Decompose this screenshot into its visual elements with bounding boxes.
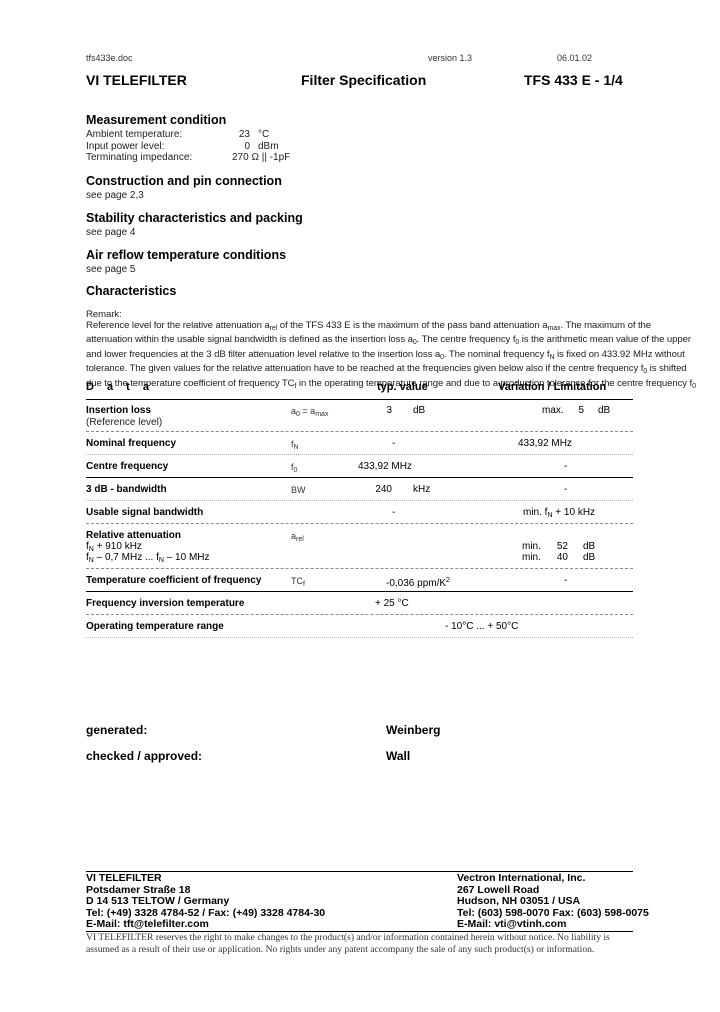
row-limit-unit: dB <box>583 552 595 563</box>
measurement-label: Input power level: <box>86 141 164 152</box>
row-parameter: Usable signal bandwidth <box>86 507 203 518</box>
row-parameter: Centre frequency <box>86 461 168 472</box>
disclaimer-text: VI TELEFILTER reserves the right to make… <box>86 932 610 956</box>
row-parameter: Frequency inversion temperature <box>86 598 244 609</box>
measurement-unit: dBm <box>258 141 279 152</box>
section-title: Construction and pin connection <box>86 174 282 188</box>
remark-label: Remark: <box>86 309 122 320</box>
row-parameter: Insertion loss <box>86 405 151 416</box>
table-row-separator <box>86 523 633 524</box>
part-number: TFS 433 E - 1/4 <box>524 72 623 88</box>
col-header-typ: typ. value <box>377 381 428 393</box>
row-symbol: f0 <box>291 462 297 476</box>
row-limit-unit: dB <box>583 541 595 552</box>
file-name: tfs433e.doc <box>86 53 133 63</box>
measurement-unit: °C <box>258 129 269 140</box>
row-limit-value: 52 <box>554 541 568 552</box>
table-header-rule <box>86 399 633 400</box>
row-limit-value: - <box>564 484 567 495</box>
table-row-separator <box>86 500 633 501</box>
section-title: Air reflow temperature conditions <box>86 248 286 262</box>
row-typ-unit: kHz <box>413 484 430 495</box>
row-parameter: Relative attenuation <box>86 530 181 541</box>
section-page-ref: see page 4 <box>86 227 136 238</box>
table-row-separator <box>86 454 633 455</box>
row-limit-value: - <box>564 461 567 472</box>
table-row-separator <box>86 477 633 478</box>
row-limit-value: - <box>564 575 567 586</box>
measurement-value: 270 Ω || -1pF <box>232 152 290 163</box>
company-name: VI TELEFILTER <box>86 72 187 88</box>
row-parameter: Temperature coefficient of frequency <box>86 575 261 586</box>
row-limit-value: min. fN + 10 kHz <box>523 507 595 521</box>
generated-value: Weinberg <box>386 723 440 737</box>
measurement-value: 23 <box>238 129 250 140</box>
table-row-separator <box>86 431 633 432</box>
version-label: version 1.3 <box>428 53 472 63</box>
row-limit-unit: dB <box>598 405 610 416</box>
measurement-value: 0 <box>238 141 250 152</box>
table-row-separator <box>86 568 633 569</box>
table-row-separator <box>86 614 633 615</box>
row-typ-value: -0,036 ppm/K2 <box>386 575 450 589</box>
row-limit-prefix: min. <box>522 541 541 552</box>
row-symbol: a0 = amax <box>291 406 328 420</box>
measurement-title: Measurement condition <box>86 113 226 127</box>
row-typ-value: - <box>392 507 395 518</box>
row-limit-value: 5 <box>574 405 584 416</box>
row-subcondition: fN – 0,7 MHz ... fN – 10 MHz <box>86 552 210 566</box>
col-header-data: D a t a <box>86 381 154 393</box>
row-typ-value: 433,92 MHz <box>358 461 412 472</box>
row-limit-value: 40 <box>554 552 568 563</box>
row-typ-value: 240 <box>370 484 392 495</box>
section-page-ref: see page 5 <box>86 264 136 275</box>
section-page-ref: see page 2,3 <box>86 190 144 201</box>
row-symbol: fN <box>291 439 299 453</box>
checked-value: Wall <box>386 749 410 763</box>
measurement-label: Terminating impedance: <box>86 152 192 163</box>
row-limit-value: - 10°C ... + 50°C <box>445 621 518 632</box>
footer-address-telefilter: VI TELEFILTERPotsdamer Straße 18D 14 513… <box>86 873 325 931</box>
row-parameter: Operating temperature range <box>86 621 224 632</box>
footer-address-vectron: Vectron International, Inc.267 Lowell Ro… <box>457 873 649 931</box>
row-symbol: BW <box>291 485 306 496</box>
row-parameter: Nominal frequency <box>86 438 176 449</box>
row-typ-value: + 25 °C <box>375 598 409 609</box>
row-typ-unit: dB <box>413 405 425 416</box>
measurement-label: Ambient temperature: <box>86 129 182 140</box>
row-parameter: 3 dB - bandwidth <box>86 484 167 495</box>
row-limit-value: 433,92 MHz <box>518 438 572 449</box>
table-row-separator <box>86 591 633 592</box>
date-label: 06.01.02 <box>557 53 592 63</box>
generated-label: generated: <box>86 723 147 737</box>
row-symbol: TCf <box>291 576 305 590</box>
row-typ-value: 3 <box>370 405 392 416</box>
row-symbol: arel <box>291 531 304 545</box>
section-title: Stability characteristics and packing <box>86 211 303 225</box>
table-row-separator <box>86 637 633 638</box>
row-limit-prefix: max. <box>542 405 564 416</box>
row-limit-prefix: min. <box>522 552 541 563</box>
col-header-variation: Variation / Limitation <box>498 381 606 393</box>
checked-label: checked / approved: <box>86 749 202 763</box>
row-parameter-note: (Reference level) <box>86 417 162 428</box>
document-title: Filter Specification <box>301 72 426 88</box>
row-typ-value: - <box>392 438 395 449</box>
characteristics-title: Characteristics <box>86 284 176 298</box>
